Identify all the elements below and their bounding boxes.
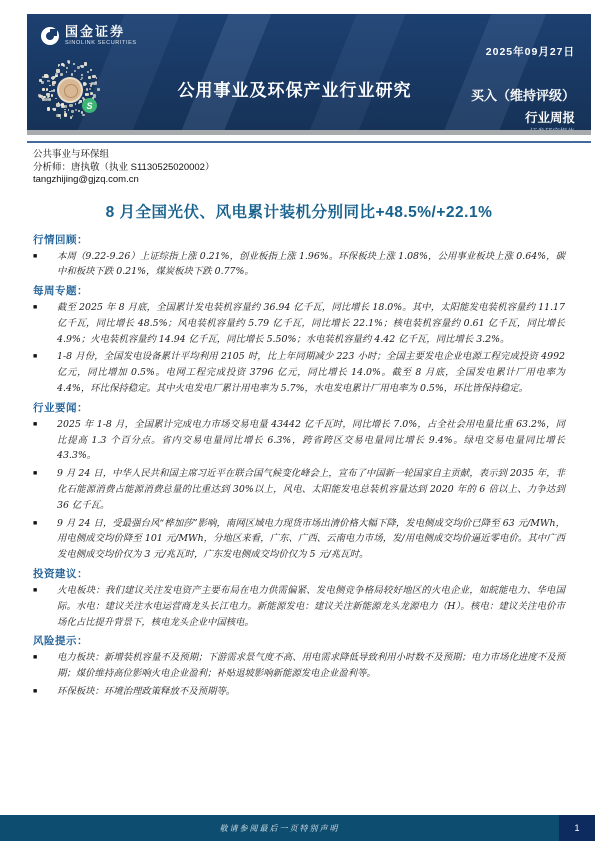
section-heading-weekly-topic: 每周专题： (33, 283, 565, 298)
qr-center-seal (57, 77, 83, 103)
report-header: 国金证券 SINOLINK SECURITIES 2025年09月27日 S 公… (27, 14, 591, 130)
bullet-square-icon: ■ (33, 249, 57, 281)
bullet-item: ■ 9 月 24 日，受最强台风“桦加莎”影响，南网区域电力现货市场出清价格大幅… (33, 516, 565, 563)
header-divider-rule (27, 141, 591, 143)
rating-badge: 买入（维持评级） (471, 85, 575, 104)
report-date: 2025年09月27日 (486, 44, 575, 59)
bullet-square-icon: ■ (33, 466, 57, 513)
report-body: 公共事业与环保组 分析师：唐执敬（执业 S1130525020002） tang… (33, 149, 565, 702)
page-title: 8 月全国光伏、风电累计装机分别同比+48.5%/+22.1% (33, 200, 565, 222)
section-heading-industry-news: 行业要闻： (33, 400, 565, 415)
brand-logo: 国金证券 SINOLINK SECURITIES (41, 25, 137, 47)
bullet-square-icon: ■ (33, 684, 57, 700)
page-footer: 敬请参阅最后一页特别声明 1 (0, 815, 595, 841)
bullet-square-icon: ■ (33, 583, 57, 630)
bullet-item: ■ 9 月 24 日，中华人民共和国主席习近平在联合国气候变化峰会上，宣布了中国… (33, 466, 565, 513)
bullet-square-icon: ■ (33, 417, 57, 464)
bullet-square-icon: ■ (33, 516, 57, 563)
section-heading-risk-warning: 风险提示： (33, 633, 565, 648)
bullet-square-icon: ■ (33, 349, 57, 396)
industry-research-title: 公用事业及环保产业行业研究 (122, 76, 467, 101)
bullet-item: ■ 2025 年 1-8 月，全国累计完成电力市场交易电量 43442 亿千瓦时… (33, 417, 565, 464)
section-heading-market-review: 行情回顾： (33, 232, 565, 247)
wechat-icon: S (82, 98, 97, 113)
bullet-square-icon: ■ (33, 650, 57, 682)
analyst-name-license: 分析师：唐执敬（执业 S1130525020002） (33, 162, 565, 175)
sinolink-logo-icon (41, 27, 59, 45)
brand-name-en: SINOLINK SECURITIES (65, 41, 137, 47)
footer-disclaimer: 敬请参阅最后一页特别声明 (0, 815, 559, 841)
analyst-info: 公共事业与环保组 分析师：唐执敬（执业 S1130525020002） tang… (33, 149, 565, 187)
analyst-email[interactable]: tangzhijing@gjzq.com.cn (33, 174, 565, 187)
page-number: 1 (559, 815, 595, 841)
report-type-label: 行业周报 (525, 108, 575, 126)
analyst-team: 公共事业与环保组 (33, 149, 565, 162)
bullet-item: ■ 1-8 月份，全国发电设备累计平均利用 2105 时，比上年同期减少 223… (33, 349, 565, 396)
qr-code: S (38, 58, 102, 122)
section-heading-investment-advice: 投资建议： (33, 566, 565, 581)
bullet-item: ■ 截至 2025 年 8 月底，全国累计发电装机容量约 36.94 亿千瓦，同… (33, 300, 565, 347)
header-bottom-strip (27, 130, 591, 135)
bullet-square-icon: ■ (33, 300, 57, 347)
bullet-item: ■ 电力板块：新增装机容量不及预期；下游需求景气度不高、用电需求降低导致利用小时… (33, 650, 565, 682)
brand-name-cn: 国金证券 (65, 25, 137, 38)
bullet-item: ■ 本周（9.22-9.26）上证综指上涨 0.21%，创业板指上涨 1.96%… (33, 249, 565, 281)
bullet-item: ■ 环保板块：环境治理政策释放不及预期等。 (33, 684, 565, 700)
bullet-item: ■ 火电板块：我们建议关注发电资产主要布局在电力供需偏紧、发电侧竞争格局较好地区… (33, 583, 565, 630)
